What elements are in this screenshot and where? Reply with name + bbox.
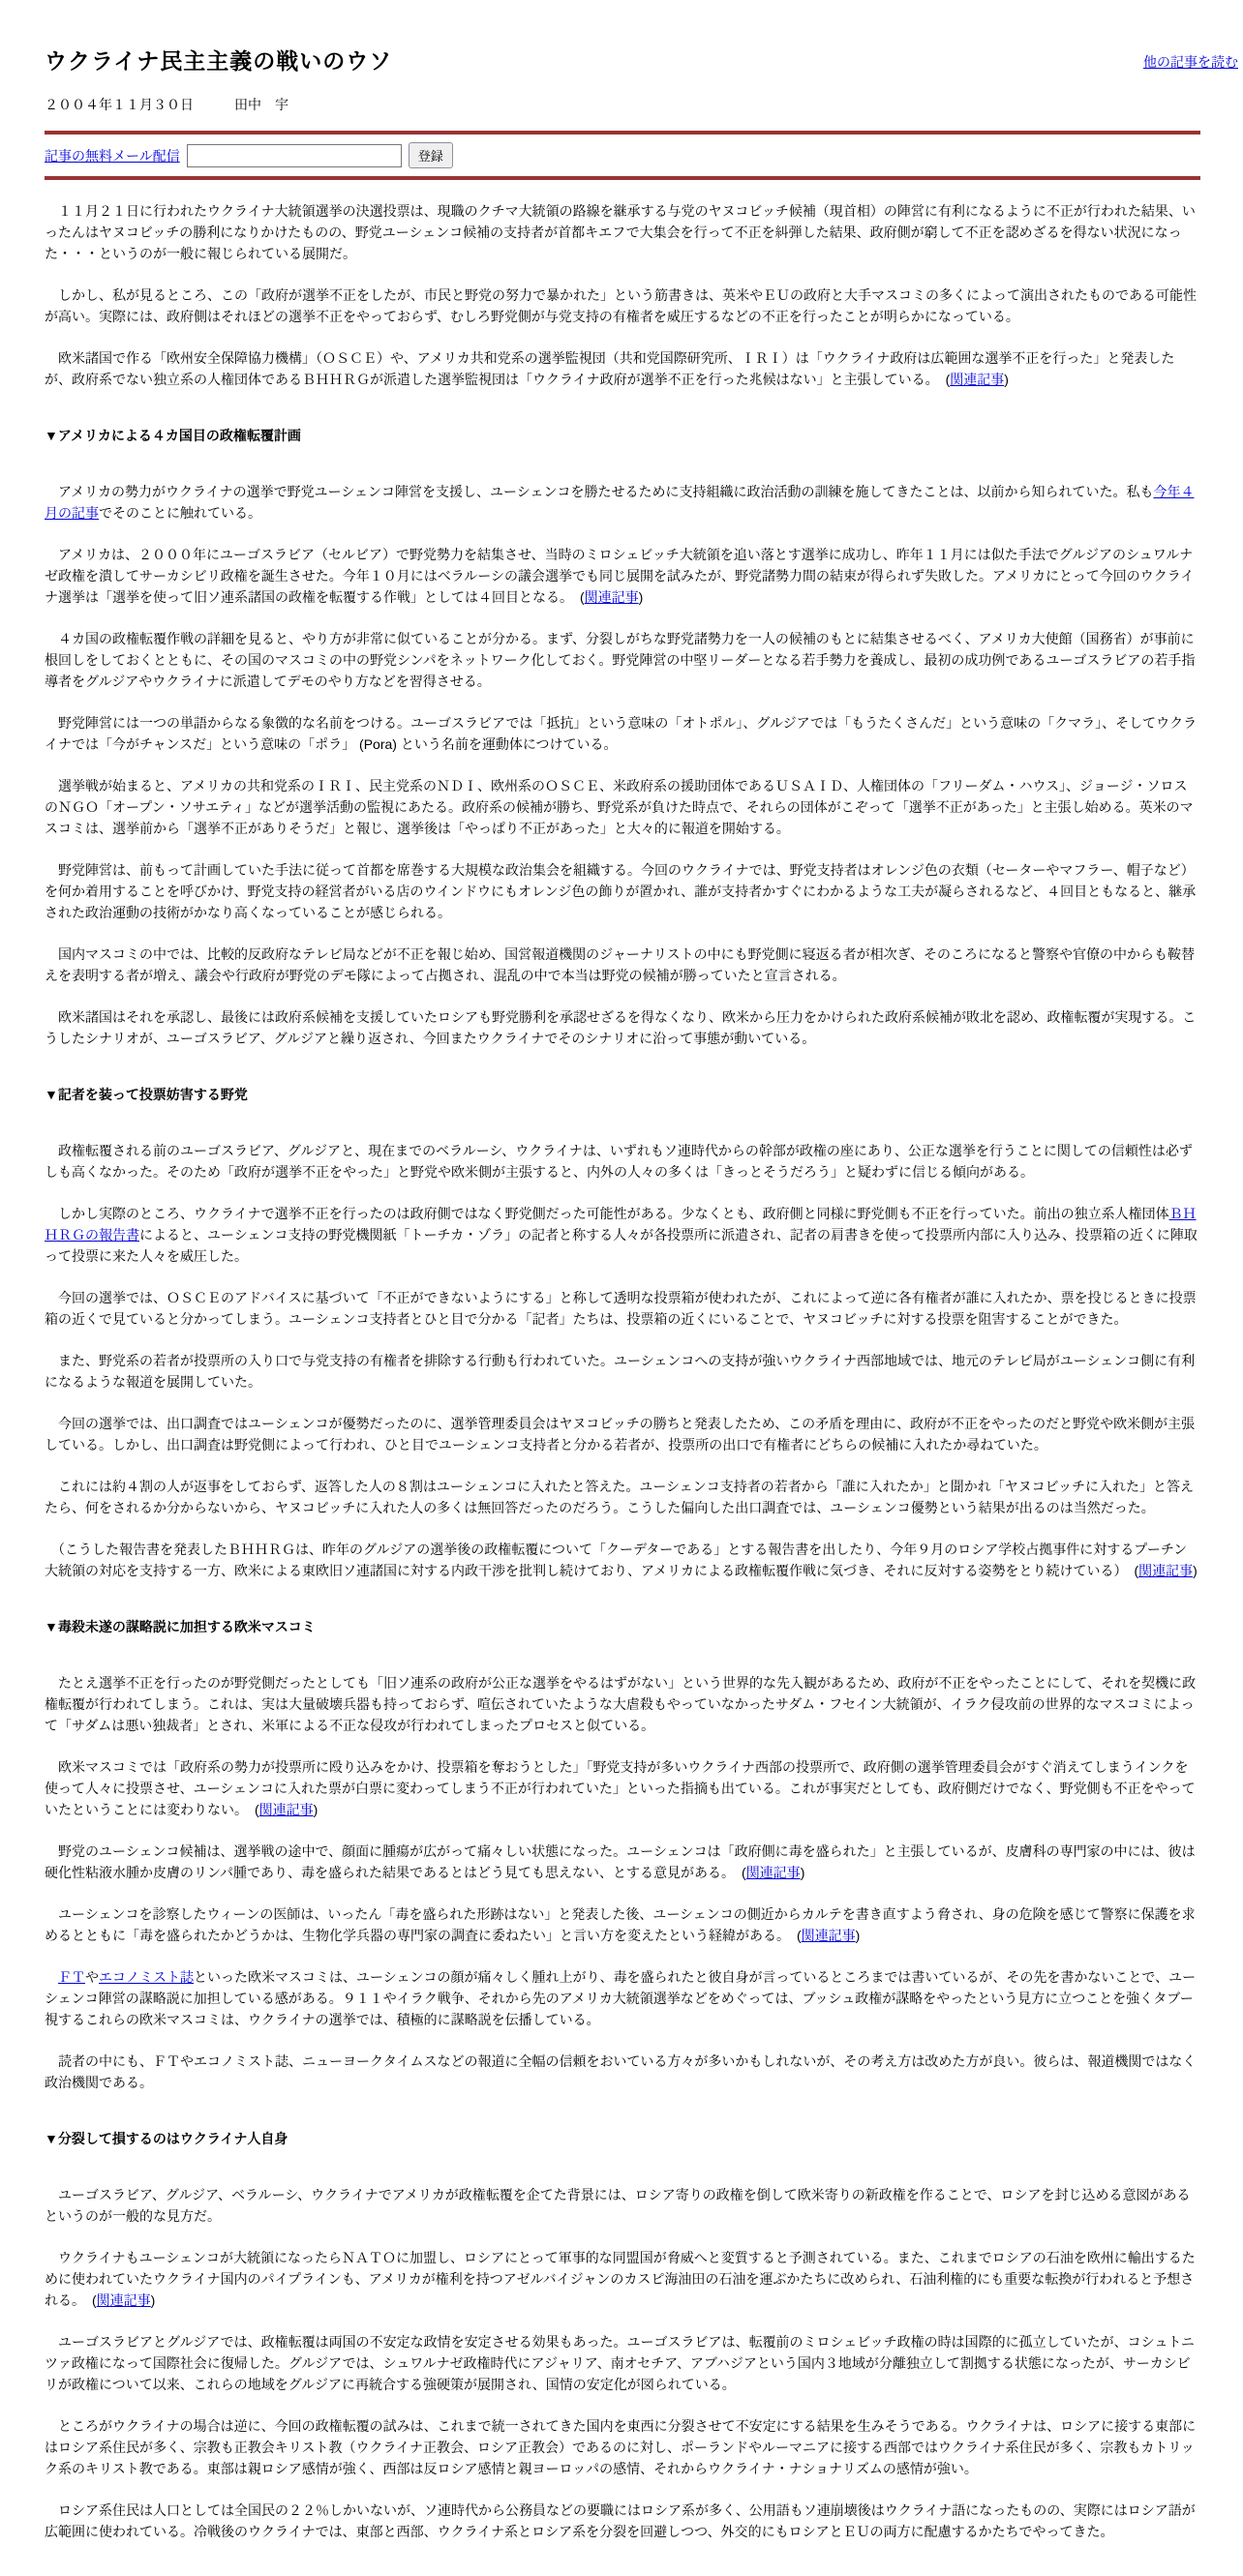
paragraph: これには約４割の人が返事をしておらず、返答した人の８割はユーシェンコに入れたと答… bbox=[45, 1476, 1200, 1518]
register-button[interactable]: 登録 bbox=[409, 142, 453, 168]
paragraph: また、野党系の若者が投票所の入り口で与党支持の有権者を排除する行動も行われていた… bbox=[45, 1350, 1200, 1393]
email-input[interactable] bbox=[187, 144, 402, 167]
paragraph: ロシア系住民は人口としては全国民の２２％しかいないが、ソ連時代から公務員などの要… bbox=[45, 2500, 1200, 2542]
paragraph: 選挙戦が始まると、アメリカの共和党系のＩＲＩ、民主党系のＮＤＩ、欧州系のＯＳＣＥ… bbox=[45, 775, 1200, 839]
paragraph: ところがウクライナの場合は逆に、今回の政権転覆の試みは、これまで統一されてきた国… bbox=[45, 2415, 1200, 2479]
inline-article-link[interactable]: 関連記事 bbox=[259, 1802, 314, 1817]
paragraph: たとえ選挙不正を行ったのが野党側だったとしても「旧ソ連系の政府が公正な選挙をやる… bbox=[45, 1672, 1200, 1736]
article-date: ２００４年１１月３０日 bbox=[45, 97, 194, 112]
paragraph: ４カ国の政権転覆作戦の詳細を見ると、やり方が非常に似ていることが分かる。まず、分… bbox=[45, 628, 1200, 692]
inline-article-link[interactable]: ＢＨＨＲＧの報告書 bbox=[45, 1206, 1197, 1243]
section-heading: ▼分裂して損するのはウクライナ人自身 bbox=[45, 2128, 1200, 2149]
paragraph: 今回の選挙では、出口調査ではユーシェンコが優勢だったのに、選挙管理委員会はヤヌコ… bbox=[45, 1413, 1200, 1455]
paragraph: 読者の中にも、ＦＴやエコノミスト誌、ニューヨークタイムスなどの報道に全幅の信頼を… bbox=[45, 2051, 1200, 2093]
paragraph: 今回の選挙では、ＯＳＣＥのアドバイスに基づいて「不正ができないようにする」と称し… bbox=[45, 1287, 1200, 1330]
paragraph: アメリカは、２０００年にユーゴスラビア（セルビア）で野党勢力を結集させ、当時のミ… bbox=[45, 544, 1200, 608]
paragraph: ユーゴスラビアとグルジアでは、政権転覆は両国の不安定な政情を安定させる効果もあっ… bbox=[45, 2331, 1200, 2395]
section-heading: ▼毒殺未遂の謀略説に加担する欧米マスコミ bbox=[45, 1616, 1200, 1637]
inline-article-link[interactable]: エコノミスト誌 bbox=[99, 1969, 194, 1985]
article-body: １１月２１日に行われたウクライナ大統領選挙の決選投票は、現職のクチマ大統領の路線… bbox=[45, 180, 1200, 2542]
paragraph: 欧米諸国はそれを承認し、最後には政府系候補を支援していたロシアも野党勝利を承認せ… bbox=[45, 1006, 1200, 1049]
paragraph: ユーシェンコを診察したウィーンの医師は、いったん「毒を盛られた形跡はない」と発表… bbox=[45, 1903, 1200, 1946]
inline-article-link[interactable]: 関連記事 bbox=[585, 589, 639, 605]
paragraph: 国内マスコミの中では、比較的反政府なテレビ局などが不正を報じ始め、国営報道機関の… bbox=[45, 944, 1200, 986]
inline-article-link[interactable]: 関連記事 bbox=[802, 1928, 856, 1943]
paragraph: 欧米マスコミでは「政府系の勢力が投票所に殴り込みをかけ、投票箱を奪おうとした」「… bbox=[45, 1756, 1200, 1820]
paragraph: しかし実際のところ、ウクライナで選挙不正を行ったのは政府側ではなく野党側だった可… bbox=[45, 1203, 1200, 1267]
paragraph: 野党陣営には一つの単語からなる象徴的な名前をつける。ユーゴスラビアでは「抵抗」と… bbox=[45, 712, 1200, 755]
inline-article-link[interactable]: 関連記事 bbox=[746, 1865, 801, 1880]
inline-article-link[interactable]: 関連記事 bbox=[1138, 1563, 1193, 1578]
paragraph: （こうした報告書を発表したＢＨＨＲＧは、昨年のグルジアの選挙後の政権転覆について… bbox=[45, 1539, 1200, 1581]
section-heading: ▼記者を装って投票妨害する野党 bbox=[45, 1084, 1200, 1105]
top-link-bar: 他の記事を読む bbox=[1143, 52, 1238, 72]
inline-article-link[interactable]: 今年４月の記事 bbox=[45, 484, 1194, 521]
inline-article-link[interactable]: ＦＴ bbox=[58, 1969, 85, 1985]
inline-article-link[interactable]: 関連記事 bbox=[950, 372, 1004, 387]
paragraph: ウクライナもユーシェンコが大統領になったらＮＡＴＯに加盟し、ロシアにとって軍事的… bbox=[45, 2247, 1200, 2311]
other-articles-link[interactable]: 他の記事を読む bbox=[1143, 54, 1238, 70]
article-author: 田中 宇 bbox=[234, 97, 288, 112]
section-heading: ▼アメリカによる４カ国目の政権転覆計画 bbox=[45, 425, 1200, 446]
paragraph: 野党陣営は、前もって計画していた手法に従って首都を席巻する大規模な政治集会を組織… bbox=[45, 859, 1200, 923]
page-title: ウクライナ民主主義の戦いのウソ bbox=[45, 44, 1200, 75]
paragraph: 政権転覆される前のユーゴスラビア、グルジアと、現在までのベラルーシ、ウクライナは… bbox=[45, 1140, 1200, 1183]
paragraph: ＦＴやエコノミスト誌といった欧米マスコミは、ユーシェンコの顔が痛々しく腫れ上がり… bbox=[45, 1966, 1200, 2030]
paragraph: ユーゴスラビア、グルジア、ベラルーシ、ウクライナでアメリカが政権転覆を企てた背景… bbox=[45, 2184, 1200, 2227]
paragraph: アメリカの勢力がウクライナの選挙で野党ユーシェンコ陣営を支援し、ユーシェンコを勝… bbox=[45, 481, 1200, 524]
paragraph: 欧米諸国で作る「欧州安全保障協力機構」（ＯＳＣＥ）や、アメリカ共和党系の選挙監視… bbox=[45, 347, 1200, 390]
paragraph: しかし、私が見るところ、この「政府が選挙不正をしたが、市民と野党の努力で暴かれた… bbox=[45, 285, 1200, 327]
mail-subscribe-row: 記事の無料メール配信 登録 bbox=[45, 135, 1200, 176]
dateline: ２００４年１１月３０日田中 宇 bbox=[45, 95, 1200, 114]
article-page: ウクライナ民主主義の戦いのウソ ２００４年１１月３０日田中 宇 記事の無料メール… bbox=[0, 44, 1243, 2576]
paragraph: 野党のユーシェンコ候補は、選挙戦の途中で、顔面に腫瘍が広がって痛々しい状態になっ… bbox=[45, 1841, 1200, 1883]
mail-subscribe-link[interactable]: 記事の無料メール配信 bbox=[45, 146, 180, 165]
paragraph: １１月２１日に行われたウクライナ大統領選挙の決選投票は、現職のクチマ大統領の路線… bbox=[45, 200, 1200, 264]
inline-article-link[interactable]: 関連記事 bbox=[97, 2292, 151, 2308]
